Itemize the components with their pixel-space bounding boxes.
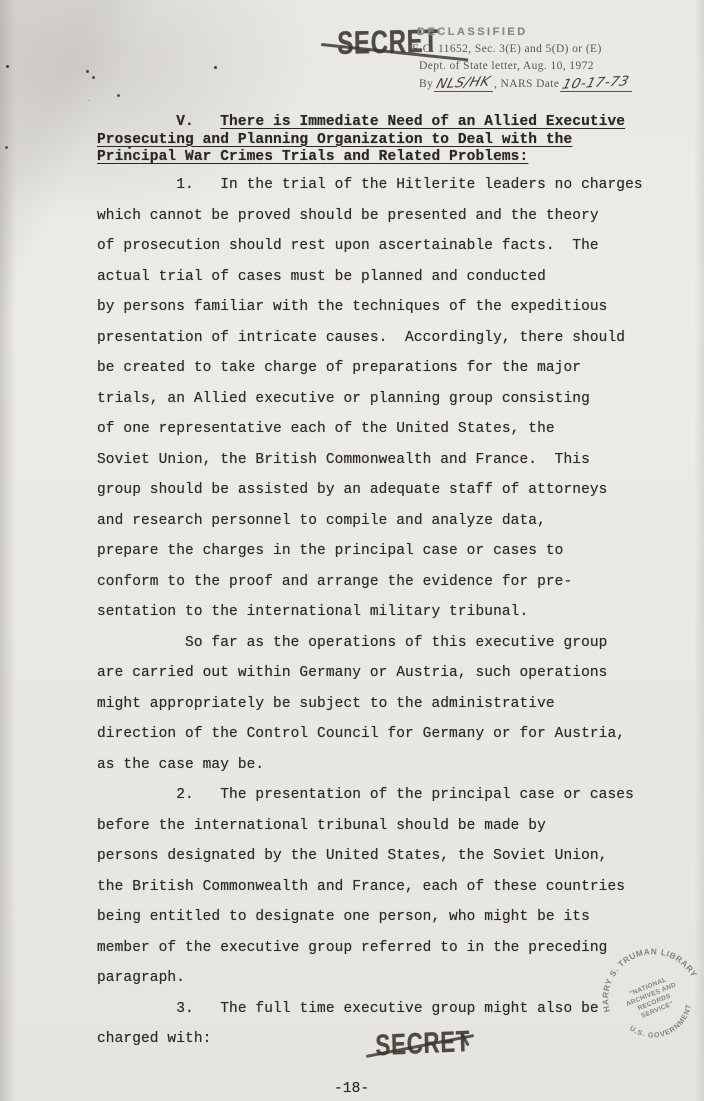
paragraph-2: So far as the operations of this executi…	[97, 628, 657, 781]
declass-eo-line: E.O. 11652, Sec. 3(E) and 5(D) or (E)	[412, 43, 602, 55]
nars-date-label: , NARS Date	[494, 78, 559, 90]
heading-line-2: Prosecuting and Planning Organization to…	[97, 132, 625, 150]
heading-numeral: V.	[97, 114, 220, 130]
truman-library-archive-stamp: HARRY S. TRUMAN LIBRARY U.S. GOVERNMENT …	[601, 947, 704, 1051]
page-number: -18-	[334, 1081, 369, 1097]
heading-line-1: V. There is Immediate Need of an Allied …	[97, 114, 625, 132]
handwritten-signature: NLS/HK	[435, 74, 493, 93]
declass-by-line: ByNLS/HK, NARS Date10-17-73	[419, 75, 633, 92]
date-blank: 10-17-73	[560, 75, 631, 92]
by-label: By	[419, 78, 433, 90]
body-text: 1. In the trial of the Hitlerite leaders…	[97, 170, 657, 1055]
heading-text-3: Principal War Crimes Trials and Related …	[97, 149, 528, 165]
declassified-stamp: DECLASSIFIED	[417, 26, 528, 38]
heading-text-1: There is Immediate Need of an Allied Exe…	[220, 114, 625, 130]
paper-specks	[6, 65, 9, 68]
section-heading: V. There is Immediate Need of an Allied …	[97, 114, 625, 167]
document-page: SECRET DECLASSIFIED E.O. 11652, Sec. 3(E…	[0, 0, 704, 1101]
handwritten-date: 10-17-73	[561, 73, 632, 92]
signature-blank: NLS/HK	[434, 75, 493, 92]
paragraph-1: 1. In the trial of the Hitlerite leaders…	[97, 170, 657, 628]
paragraph-3: 2. The presentation of the principal cas…	[97, 780, 657, 994]
heading-text-2: Prosecuting and Planning Organization to…	[97, 132, 572, 148]
heading-line-3: Principal War Crimes Trials and Related …	[97, 149, 625, 167]
declass-dept-line: Dept. of State letter, Aug. 10, 1972	[419, 60, 594, 72]
